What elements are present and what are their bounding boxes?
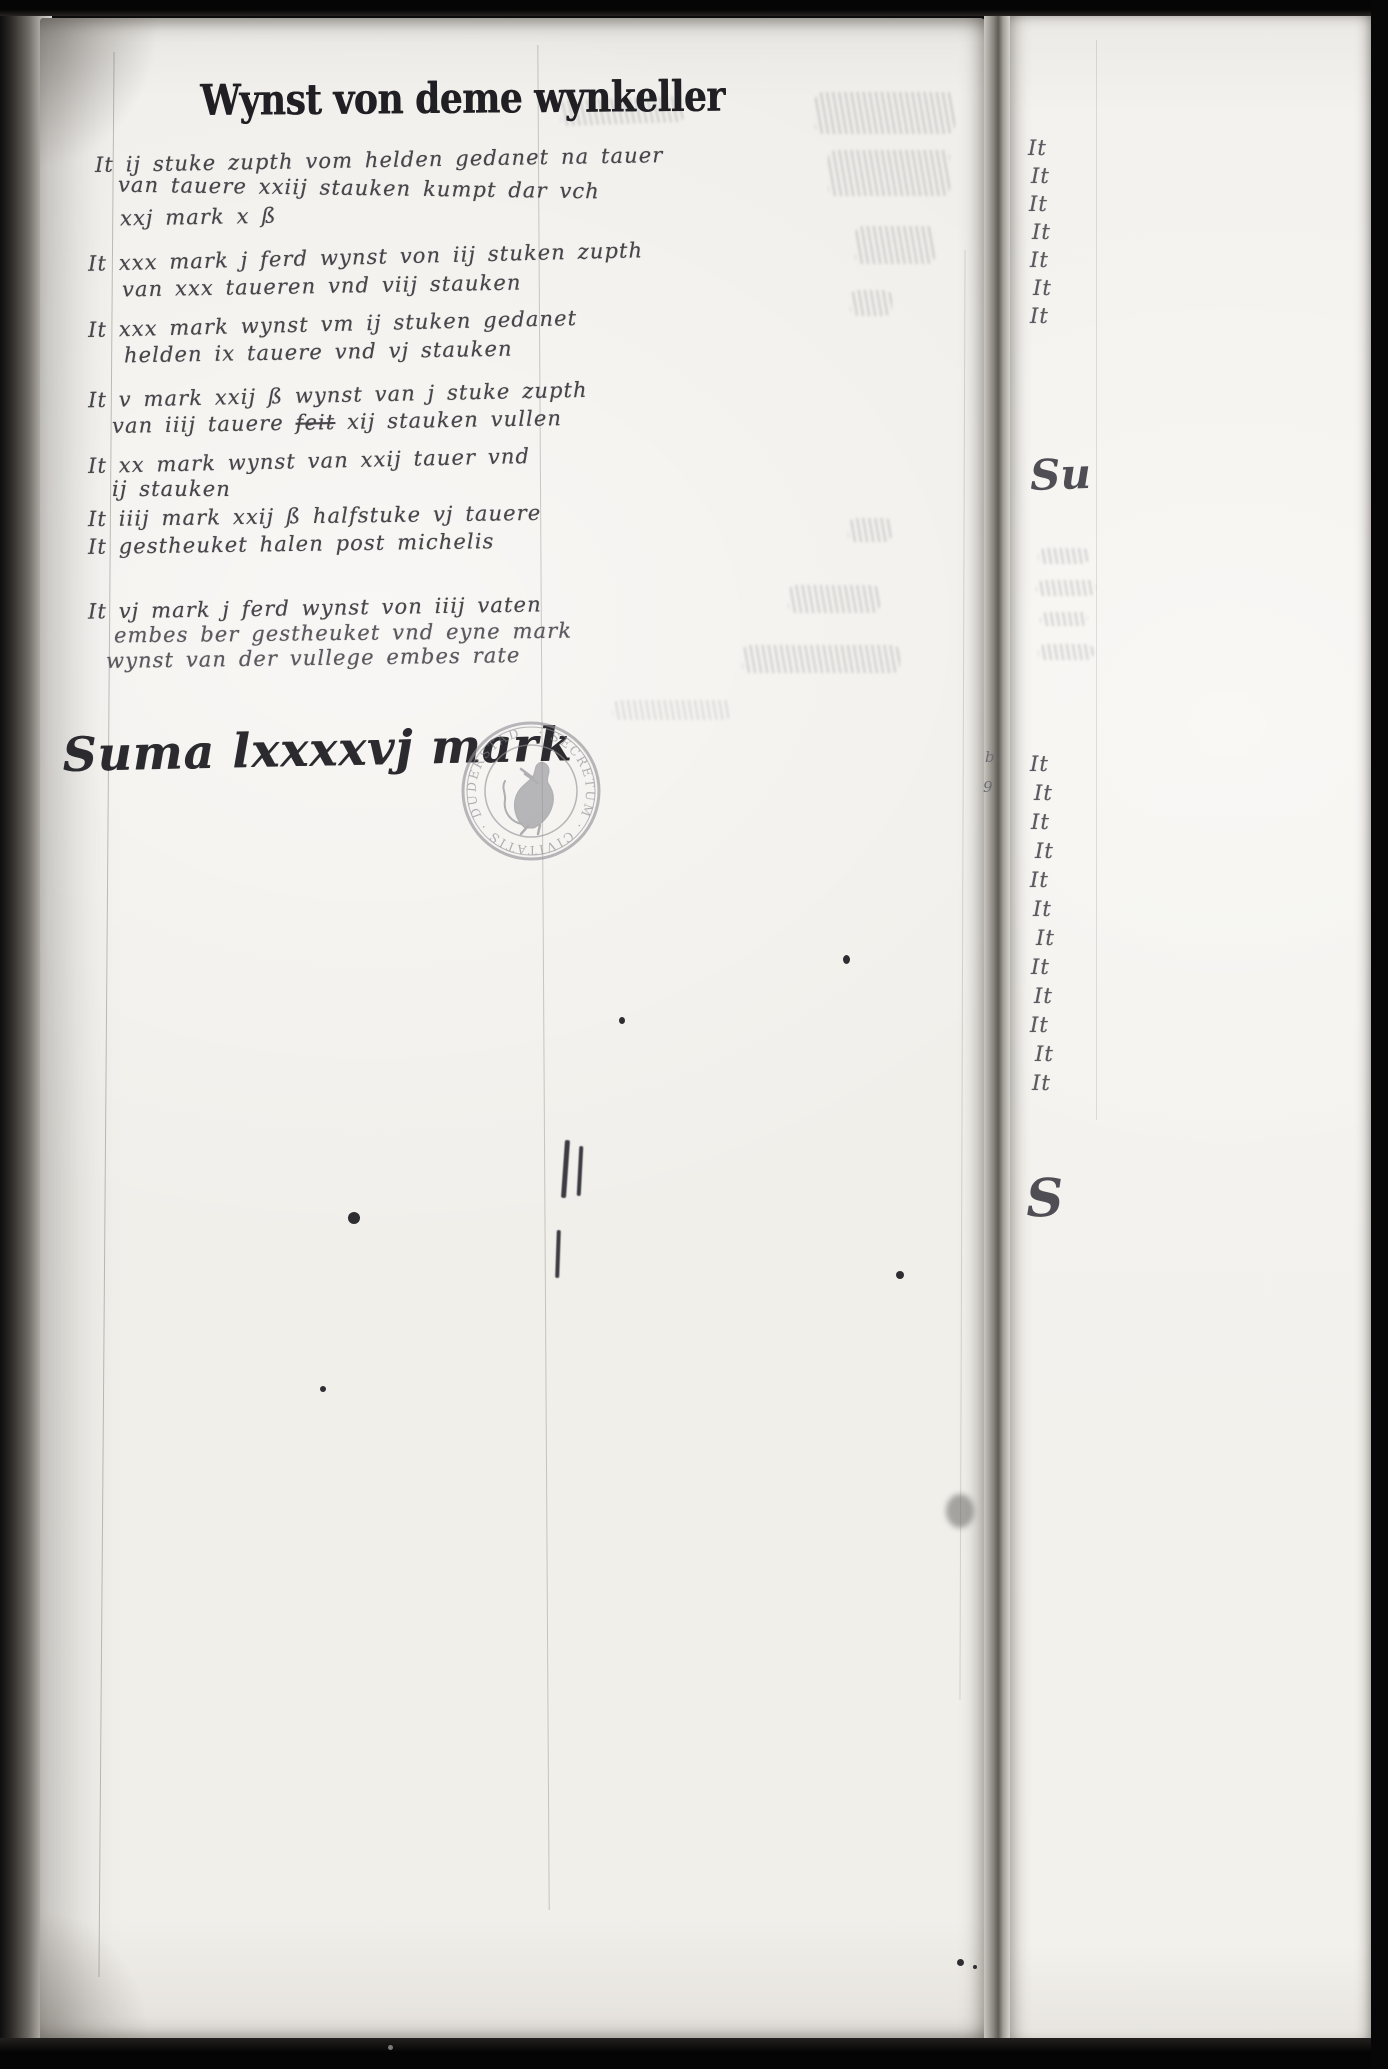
margin-mark: 9 [983,778,993,796]
ink-bleedthrough [815,92,955,134]
scan-border-top [0,0,1388,16]
item-mark: It [1031,955,1050,979]
paper-wear-bottom-left [40,1910,150,2040]
manuscript-text: van iiij tauere [112,411,296,438]
ink-spot [619,1017,625,1024]
item-mark: It [1030,304,1049,328]
archive-seal-stamp: · SECRETUM · CIVITATIS · DUDERSTAD [456,716,606,866]
item-mark: It [1030,868,1049,892]
item-mark: It [1035,839,1054,863]
struck-word: feit [295,410,335,435]
item-mark: It [1031,164,1050,188]
item-mark: It [1032,1071,1051,1095]
page-gutter [984,10,1010,2060]
ink-bleedthrough [612,700,732,720]
ink-bleedthrough [742,645,900,673]
item-mark: It [1034,781,1053,805]
manuscript-scan: Wynst von deme wynkeller It ij stuke zup… [0,0,1388,2069]
ink-bleedthrough [788,585,880,613]
item-mark: It [1031,810,1050,834]
item-mark: It [1036,926,1055,950]
item-mark: It [1030,1013,1049,1037]
ink-bleedthrough [1036,580,1096,596]
ink-spot [957,1959,964,1966]
item-mark: It [1032,220,1051,244]
lion-rampant-icon [503,762,553,834]
ink-bleedthrough [828,150,950,196]
ink-bleedthrough [848,518,892,542]
ink-bleedthrough [1038,644,1094,660]
ink-spot [320,1386,326,1392]
item-mark: It [1029,192,1048,216]
ink-spot [973,1965,977,1969]
page-heading: Wynst von deme wynkeller [200,72,725,126]
manuscript-line: xxj mark x ß [120,204,277,231]
ink-spot [348,1212,360,1224]
item-mark: It [1034,984,1053,1008]
crease-line [1096,40,1097,1120]
ink-bleedthrough [850,290,892,316]
item-mark: It [1035,1042,1054,1066]
item-mark: It [1033,897,1052,921]
facing-summa-initial: S [1025,1167,1065,1229]
item-mark: It [1030,752,1049,776]
stain-smudge [946,1494,974,1528]
item-mark: It [1030,248,1049,272]
ink-bleedthrough [1040,612,1088,626]
facing-summa-initial: Su [1029,449,1092,500]
ink-bleedthrough [855,226,935,264]
manuscript-line: ij stauken [112,477,231,501]
ink-spot [843,955,850,964]
scan-border-bottom [0,2038,1388,2069]
facing-page-edge [1010,12,1372,2046]
item-mark: It [1033,276,1052,300]
ink-spot [896,1271,904,1279]
ink-spot [388,2045,393,2050]
item-mark: It [1028,136,1047,160]
manuscript-text: xij stauken vullen [335,406,562,434]
scan-border-right [1371,0,1388,2069]
ink-bleedthrough [1038,548,1090,564]
paper-wear-top-left [40,18,160,168]
margin-mark: b [985,748,995,766]
